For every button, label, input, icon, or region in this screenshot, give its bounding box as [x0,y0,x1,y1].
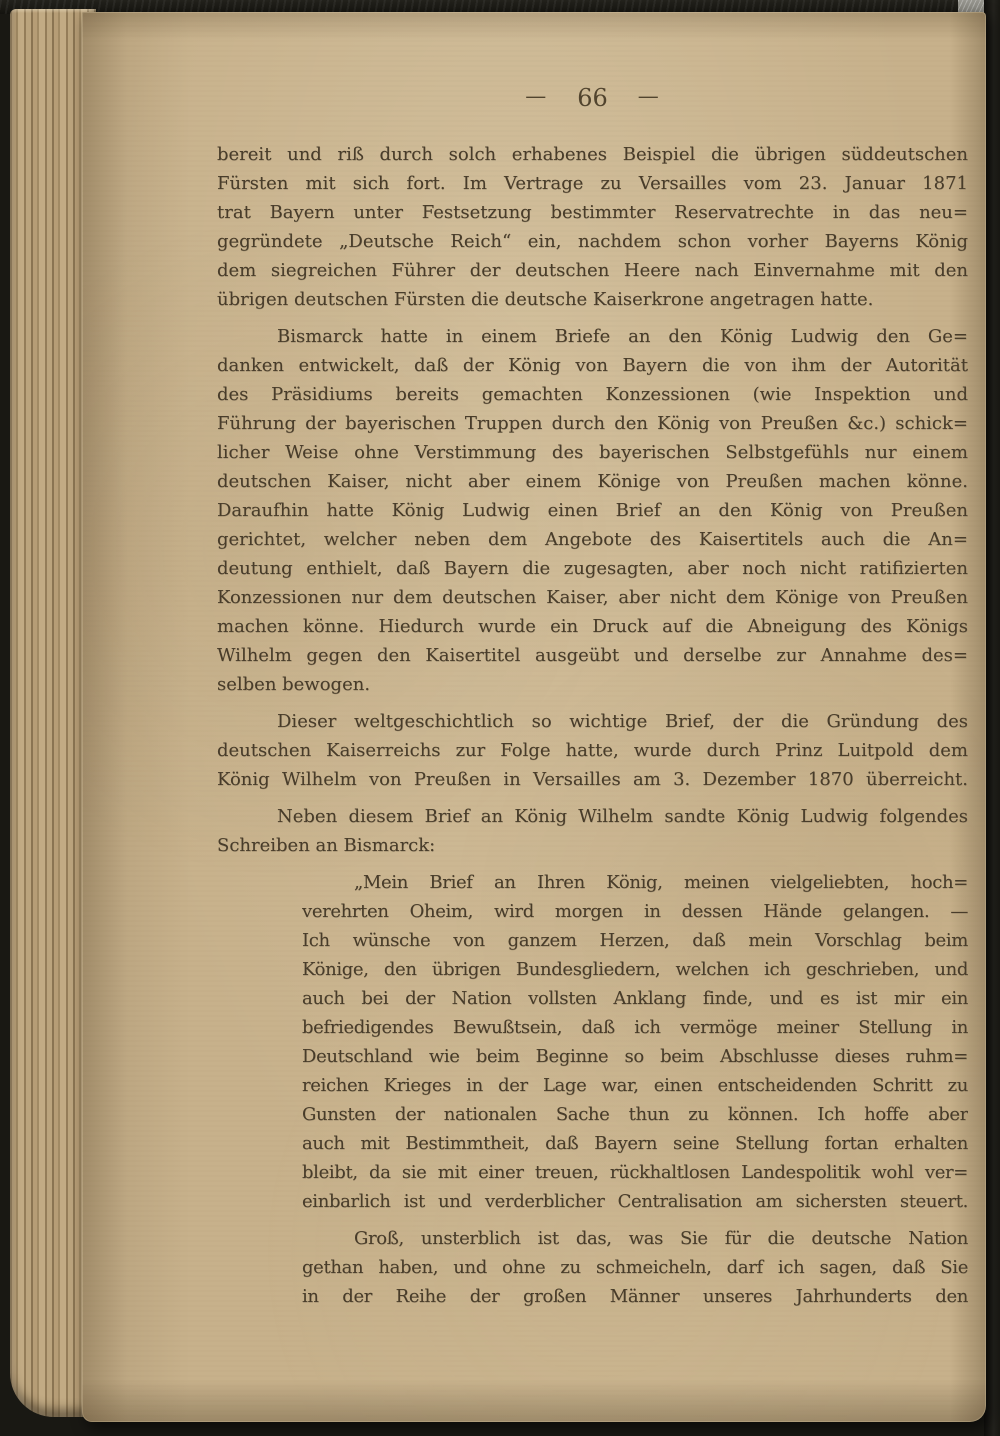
text-line: Gunsten der nationalen Sache thun zu kön… [302,1100,968,1129]
text-line: auch mit Bestimmtheit, daß Bayern seine … [302,1129,968,1158]
page-header: — 66 — [217,84,968,112]
text-line: verehrten Oheim, wird morgen in dessen H… [302,897,968,926]
text-line: bleibt, da sie mit einer treuen, rückhal… [302,1158,968,1187]
body-paragraph: bereit und riß durch solch erhabenes Bei… [217,140,968,314]
text-line: gethan haben, und ohne zu schmeicheln, d… [302,1253,968,1282]
text-line: deutschen Kaiser, nicht aber einem König… [217,467,968,496]
text-line: Dieser weltgeschichtlich so wichtige Bri… [217,707,968,736]
text-line: Könige, den übrigen Bundesgliedern, welc… [302,955,968,984]
text-line: deutung enthielt, daß Bayern die zugesag… [217,554,968,583]
body-paragraph: Bismarck hatte in einem Briefe an den Kö… [217,322,968,699]
text-line: Fürsten mit sich fort. Im Vertrage zu Ve… [217,169,968,198]
text-line: Ich wünsche von ganzem Herzen, daß mein … [302,926,968,955]
body-paragraph: Dieser weltgeschichtlich so wichtige Bri… [217,707,968,794]
header-dash-left: — [525,84,547,108]
letter-paragraph: „Mein Brief an Ihren König, meinen vielg… [302,868,968,1216]
text-line: Deutschland wie beim Beginne so beim Abs… [302,1042,968,1071]
text-line: trat Bayern unter Festsetzung bestimmter… [217,198,968,227]
text-line: dem siegreichen Führer der deutschen Hee… [217,256,968,285]
text-line: befriedigendes Bewußtsein, daß ich vermö… [302,1013,968,1042]
text-line: übrigen deutschen Fürsten die deutsche K… [217,285,968,314]
page-number: 66 [577,84,608,112]
text-line: reichen Krieges in der Lage war, einen e… [302,1071,968,1100]
text-line: danken entwickelt, daß der König von Bay… [217,351,968,380]
page-text: bereit und riß durch solch erhabenes Bei… [217,140,968,1319]
text-line: Bismarck hatte in einem Briefe an den Kö… [217,322,968,351]
text-line: Groß, unsterblich ist das, was Sie für d… [302,1224,968,1253]
text-line: König Wilhelm von Preußen in Versailles … [217,765,968,794]
page-right-shadow [984,0,1000,1436]
text-line: „Mein Brief an Ihren König, meinen vielg… [302,868,968,897]
text-line: Neben diesem Brief an König Wilhelm sand… [217,802,968,831]
body-paragraph: Neben diesem Brief an König Wilhelm sand… [217,802,968,860]
text-line: des Präsidiums bereits gemachten Konzess… [217,380,968,409]
book-page: — 66 — bereit und riß durch solch erhabe… [82,12,986,1422]
text-line: in der Reihe der großen Männer unseres J… [302,1282,968,1311]
text-line: licher Weise ohne Verstimmung des bayeri… [217,438,968,467]
text-line: einbarlich ist und verderblicher Central… [302,1187,968,1216]
text-line: gerichtet, welcher neben dem Angebote de… [217,525,968,554]
text-line: deutschen Kaiserreichs zur Folge hatte, … [217,736,968,765]
text-line: gegründete „Deutsche Reich“ ein, nachdem… [217,227,968,256]
text-line: Konzessionen nur dem deutschen Kaiser, a… [217,583,968,612]
text-line: selben bewogen. [217,670,968,699]
text-line: auch bei der Nation vollsten Anklang fin… [302,984,968,1013]
header-dash-right: — [638,84,660,108]
text-line: bereit und riß durch solch erhabenes Bei… [217,140,968,169]
text-line: Führung der bayerischen Truppen durch de… [217,409,968,438]
text-line: Daraufhin hatte König Ludwig einen Brief… [217,496,968,525]
text-line: machen könne. Hiedurch wurde ein Druck a… [217,612,968,641]
text-line: Schreiben an Bismarck: [217,831,968,860]
text-line: Wilhelm gegen den Kaisertitel ausgeübt u… [217,641,968,670]
letter-paragraph: Groß, unsterblich ist das, was Sie für d… [302,1224,968,1311]
